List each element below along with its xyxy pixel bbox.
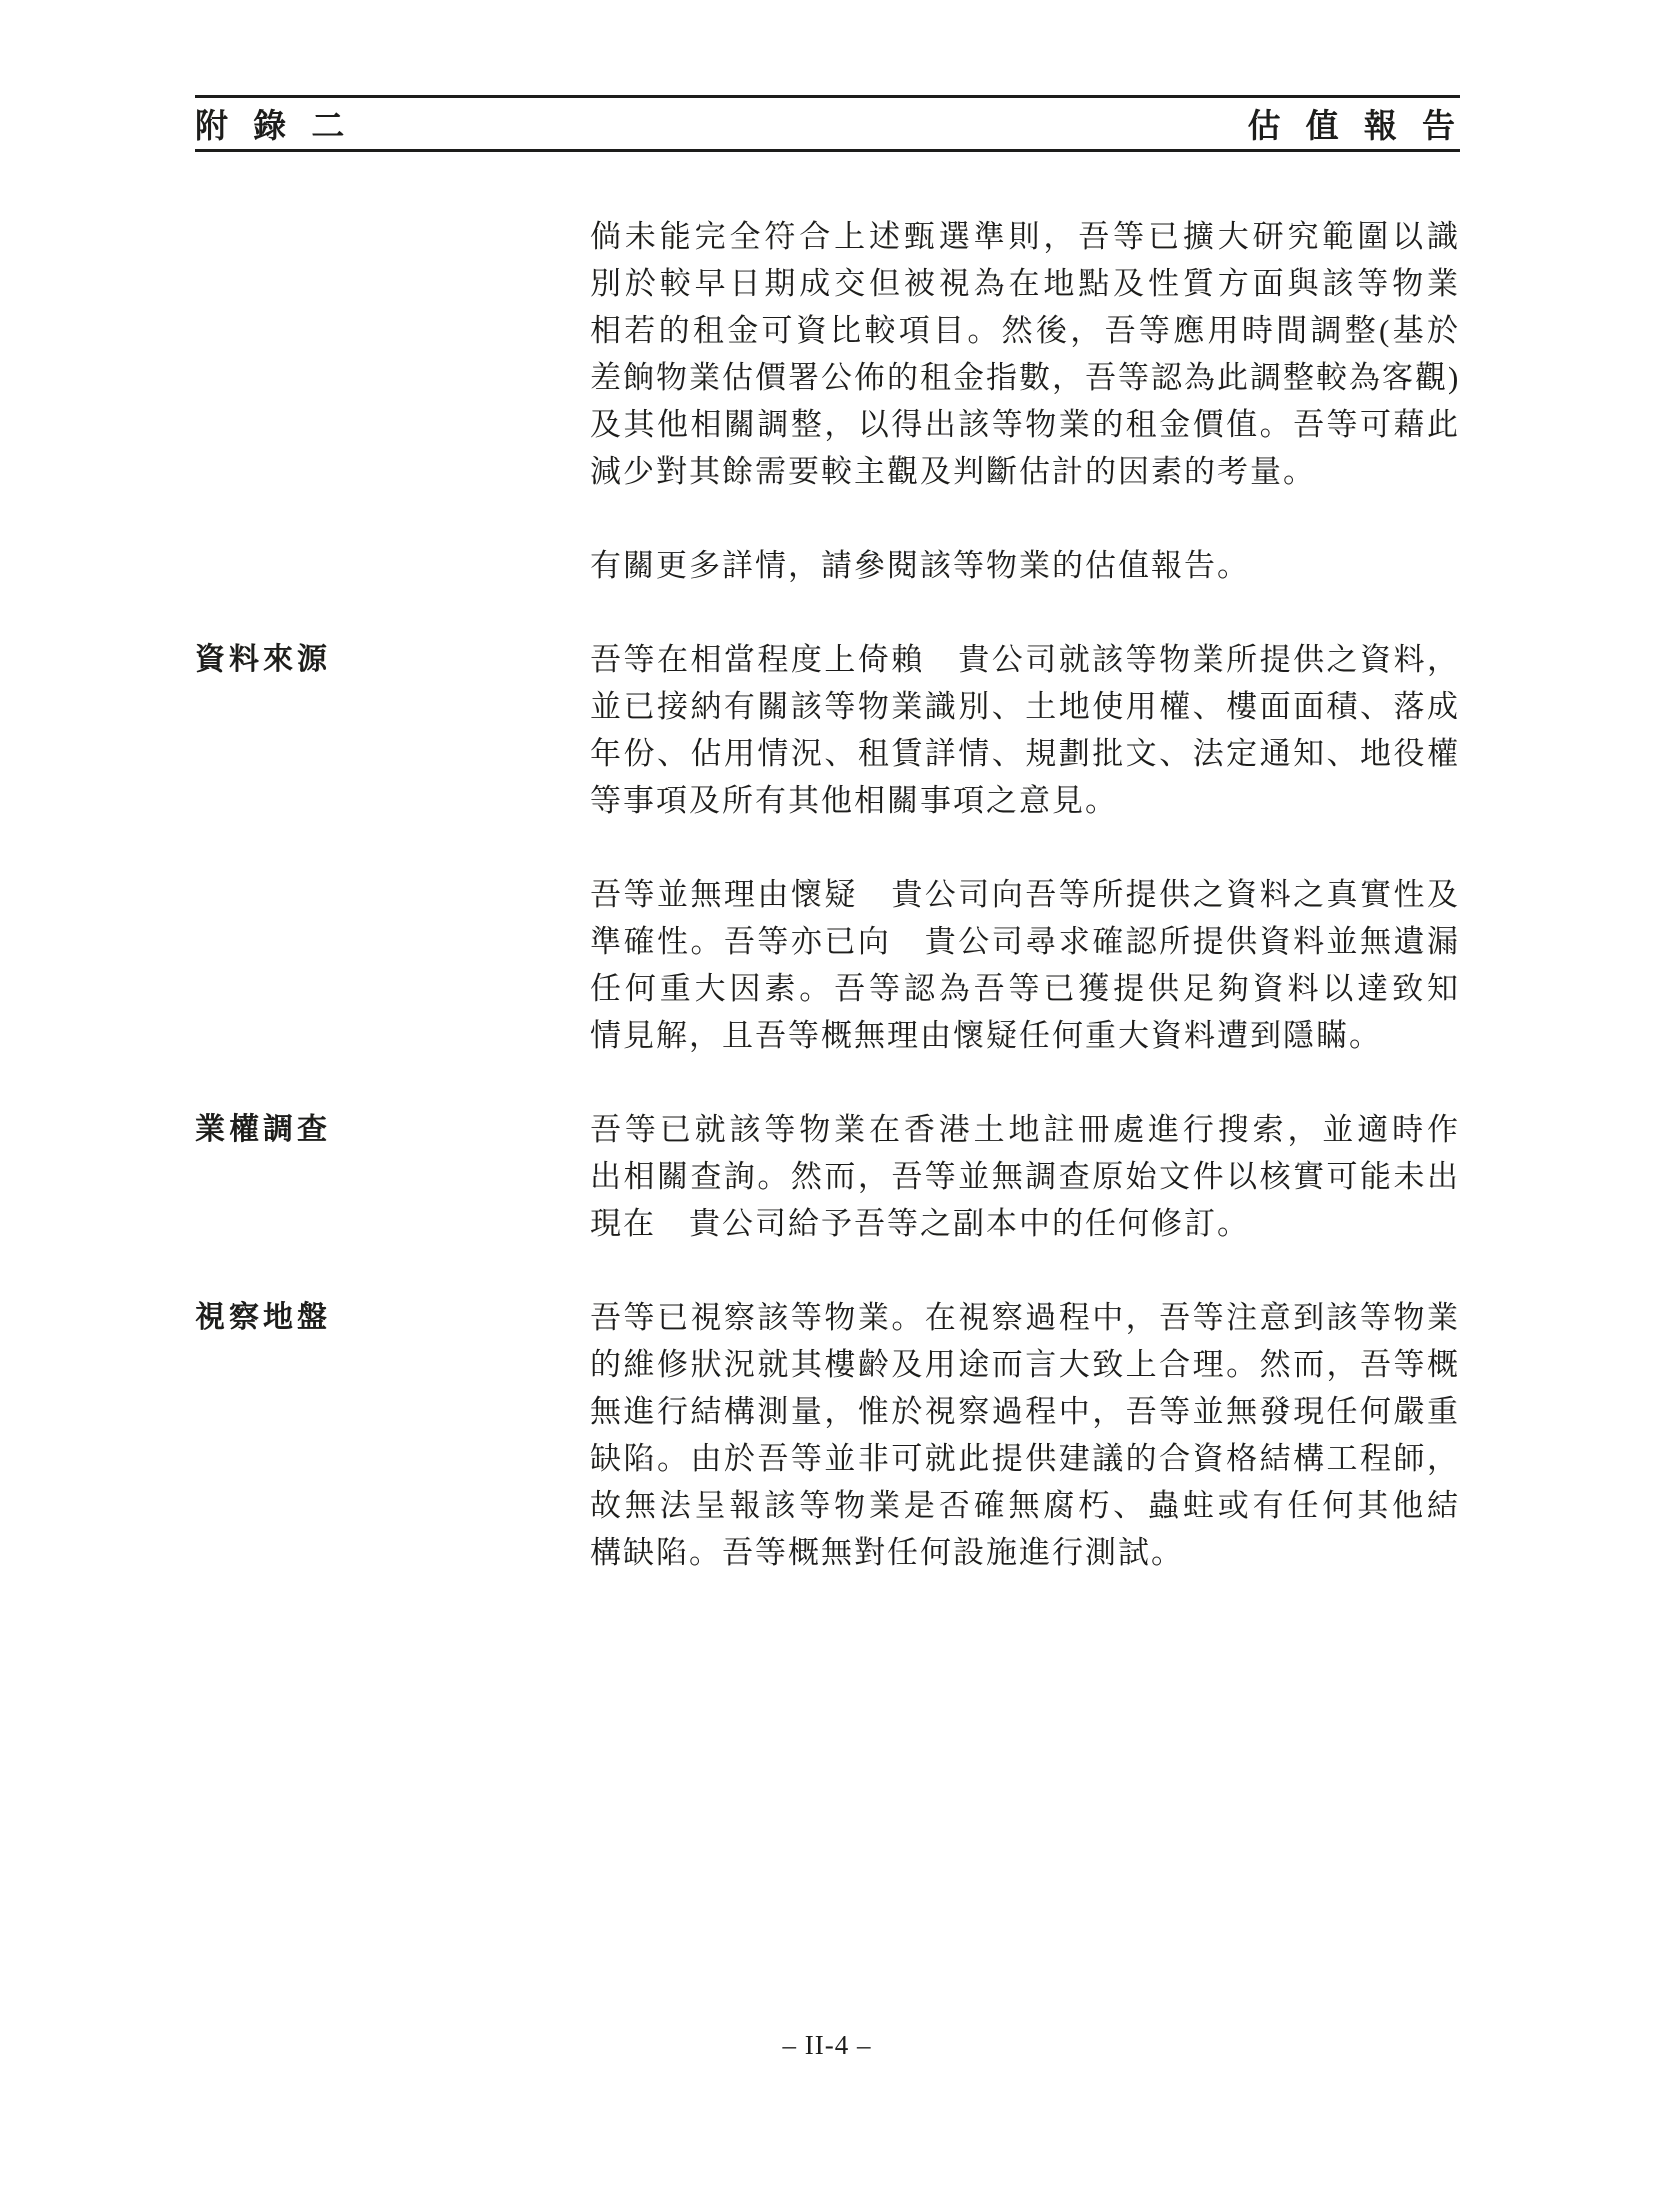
text-line: 等事項及所有其他相關事項之意見。 bbox=[590, 777, 1460, 824]
document-section: 倘未能完全符合上述甄選準則，吾等已擴大研究範圍以識別於較早日期成交但被視為在地點… bbox=[195, 213, 1460, 589]
document-section: 資料來源 吾等在相當程度上倚賴 貴公司就該等物業所提供之資料，並已接納有關該等物… bbox=[195, 636, 1460, 1059]
text-line: 年份、佔用情況、租賃詳情、規劃批文、法定通知、地役權 bbox=[590, 730, 1460, 777]
section-label-column: 視察地盤 bbox=[195, 1294, 590, 1341]
section-text-column: 吾等在相當程度上倚賴 貴公司就該等物業所提供之資料，並已接納有關該等物業識別、土… bbox=[590, 636, 1460, 1059]
page-header: 附 錄 二 估 值 報 告 bbox=[195, 95, 1460, 152]
sections-container: 倘未能完全符合上述甄選準則，吾等已擴大研究範圍以識別於較早日期成交但被視為在地點… bbox=[195, 213, 1460, 1576]
text-line: 吾等已就該等物業在香港土地註冊處進行搜索，並適時作 bbox=[590, 1106, 1460, 1153]
text-line: 出相關查詢。然而，吾等並無調查原始文件以核實可能未出 bbox=[590, 1153, 1460, 1200]
text-line: 倘未能完全符合上述甄選準則，吾等已擴大研究範圍以識 bbox=[590, 213, 1460, 260]
paragraph: 吾等在相當程度上倚賴 貴公司就該等物業所提供之資料，並已接納有關該等物業識別、土… bbox=[590, 636, 1460, 824]
text-line: 現在 貴公司給予吾等之副本中的任何修訂。 bbox=[590, 1200, 1460, 1247]
text-line: 缺陷。由於吾等並非可就此提供建議的合資格結構工程師， bbox=[590, 1435, 1460, 1482]
text-line: 吾等並無理由懷疑 貴公司向吾等所提供之資料之真實性及 bbox=[590, 871, 1460, 918]
text-line: 有關更多詳情，請參閱該等物業的估值報告。 bbox=[590, 542, 1460, 589]
text-line: 及其他相關調整，以得出該等物業的租金價值。吾等可藉此 bbox=[590, 401, 1460, 448]
text-line: 吾等在相當程度上倚賴 貴公司就該等物業所提供之資料， bbox=[590, 636, 1460, 683]
text-line: 準確性。吾等亦已向 貴公司尋求確認所提供資料並無遺漏 bbox=[590, 918, 1460, 965]
text-line: 情見解，且吾等概無理由懷疑任何重大資料遭到隱瞞。 bbox=[590, 1012, 1460, 1059]
document-page: 附 錄 二 估 值 報 告 倘未能完全符合上述甄選準則，吾等已擴大研究範圍以識別… bbox=[0, 0, 1654, 2205]
paragraph: 吾等已就該等物業在香港土地註冊處進行搜索，並適時作出相關查詢。然而，吾等並無調查… bbox=[590, 1106, 1460, 1247]
text-line: 構缺陷。吾等概無對任何設施進行測試。 bbox=[590, 1529, 1460, 1576]
section-label: 業權調查 bbox=[195, 1113, 331, 1146]
section-label: 視察地盤 bbox=[195, 1301, 331, 1334]
document-section: 視察地盤 吾等已視察該等物業。在視察過程中，吾等注意到該等物業的維修狀況就其樓齡… bbox=[195, 1294, 1460, 1576]
document-body: 倘未能完全符合上述甄選準則，吾等已擴大研究範圍以識別於較早日期成交但被視為在地點… bbox=[195, 213, 1460, 1576]
text-line: 的維修狀況就其樓齡及用途而言大致上合理。然而，吾等概 bbox=[590, 1341, 1460, 1388]
section-label: 資料來源 bbox=[195, 643, 331, 676]
text-line: 減少對其餘需要較主觀及判斷估計的因素的考量。 bbox=[590, 448, 1460, 495]
text-line: 別於較早日期成交但被視為在地點及性質方面與該等物業 bbox=[590, 260, 1460, 307]
section-label-column: 資料來源 bbox=[195, 636, 590, 683]
text-line: 差餉物業估價署公佈的租金指數，吾等認為此調整較為客觀) bbox=[590, 354, 1460, 401]
document-section: 業權調查 吾等已就該等物業在香港土地註冊處進行搜索，並適時作出相關查詢。然而，吾… bbox=[195, 1106, 1460, 1247]
header-appendix-title: 附 錄 二 bbox=[195, 100, 349, 147]
text-line: 故無法呈報該等物業是否確無腐朽、蟲蛀或有任何其他結 bbox=[590, 1482, 1460, 1529]
text-line: 相若的租金可資比較項目。然後，吾等應用時間調整(基於 bbox=[590, 307, 1460, 354]
page-footer: – II-4 – bbox=[0, 2030, 1654, 2061]
text-line: 吾等已視察該等物業。在視察過程中，吾等注意到該等物業 bbox=[590, 1294, 1460, 1341]
page-number: – II-4 – bbox=[783, 2030, 872, 2060]
section-text-column: 倘未能完全符合上述甄選準則，吾等已擴大研究範圍以識別於較早日期成交但被視為在地點… bbox=[590, 213, 1460, 589]
text-line: 並已接納有關該等物業識別、土地使用權、樓面面積、落成 bbox=[590, 683, 1460, 730]
section-label-column: 業權調查 bbox=[195, 1106, 590, 1153]
section-text-column: 吾等已就該等物業在香港土地註冊處進行搜索，並適時作出相關查詢。然而，吾等並無調查… bbox=[590, 1106, 1460, 1247]
section-text-column: 吾等已視察該等物業。在視察過程中，吾等注意到該等物業的維修狀況就其樓齡及用途而言… bbox=[590, 1294, 1460, 1576]
paragraph: 倘未能完全符合上述甄選準則，吾等已擴大研究範圍以識別於較早日期成交但被視為在地點… bbox=[590, 213, 1460, 495]
paragraph: 吾等已視察該等物業。在視察過程中，吾等注意到該等物業的維修狀況就其樓齡及用途而言… bbox=[590, 1294, 1460, 1576]
paragraph: 吾等並無理由懷疑 貴公司向吾等所提供之資料之真實性及準確性。吾等亦已向 貴公司尋… bbox=[590, 871, 1460, 1059]
paragraph: 有關更多詳情，請參閱該等物業的估值報告。 bbox=[590, 542, 1460, 589]
text-line: 任何重大因素。吾等認為吾等已獲提供足夠資料以達致知 bbox=[590, 965, 1460, 1012]
header-report-title: 估 值 報 告 bbox=[1247, 100, 1460, 147]
text-line: 無進行結構測量，惟於視察過程中，吾等並無發現任何嚴重 bbox=[590, 1388, 1460, 1435]
